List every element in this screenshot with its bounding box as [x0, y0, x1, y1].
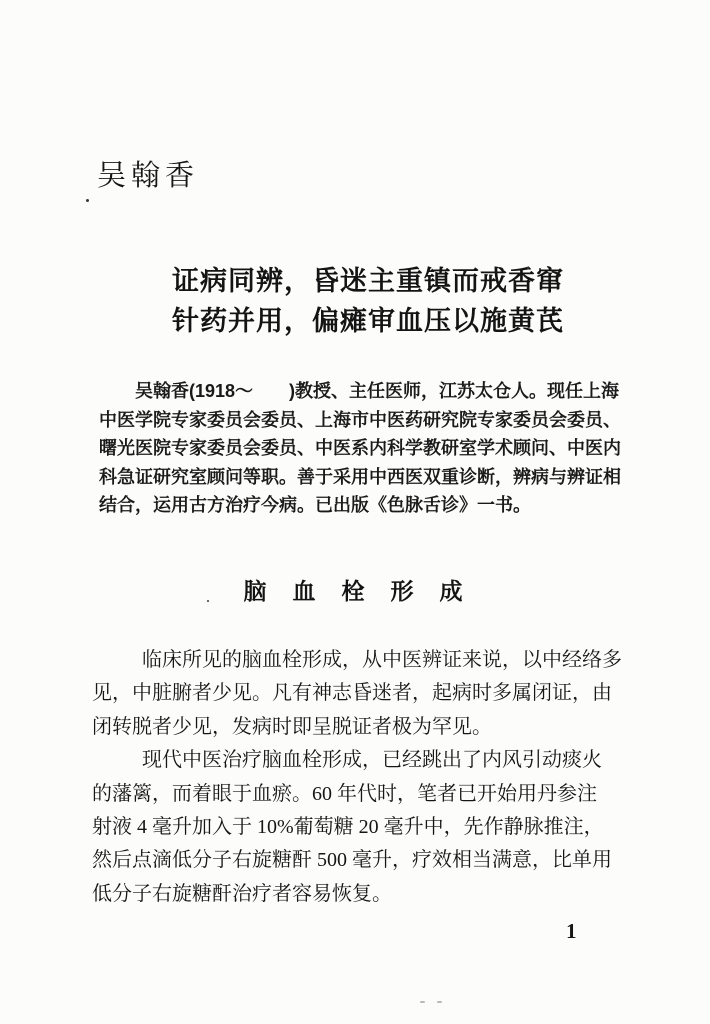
body-line: 射液 4 毫升加入于 10%葡萄糖 20 毫升中，先作静脉推注， [92, 811, 618, 844]
scan-speck [420, 1001, 425, 1003]
bio-line: 结合，运用古方治疗今病。已出版《色脉舌诊》一书。 [99, 491, 621, 520]
scan-speck [527, 267, 529, 269]
article-title-line-2: 针药并用，偏瘫审血压以施黄芪 [92, 301, 644, 341]
article-title: 证病同辨，昏迷主重镇而戒香窜 针药并用，偏瘫审血压以施黄芪 [92, 261, 644, 341]
scan-speck [86, 199, 89, 202]
scan-speck [437, 1001, 442, 1003]
author-bio: 吴翰香(1918～ )教授、主任医师，江苏太仓人。现任上海 中医学院专家委员会委… [99, 377, 621, 520]
section-heading: 脑血栓形成 [92, 573, 614, 606]
page-number: 1 [566, 919, 577, 944]
scan-speck [207, 600, 209, 602]
scan-speck [380, 310, 382, 312]
bio-line: 科急证研究室顾问等职。善于采用中西医双重诊断，辨病与辨证相 [99, 463, 621, 492]
scanned-book-page: 吴翰香 证病同辨，昏迷主重镇而戒香窜 针药并用，偏瘫审血压以施黄芪 吴翰香(19… [0, 0, 710, 1024]
author-name: 吴翰香 [97, 153, 199, 194]
body-line: 现代中医治疗脑血栓形成，已经跳出了内风引动痰火 [92, 744, 618, 777]
body-line: 临床所见的脑血栓形成，从中医辨证来说，以中经络多 [92, 644, 618, 677]
body-line: 的藩篱，而着眼于血瘀。60 年代时，笔者已开始用丹参注 [92, 778, 618, 811]
bio-line: 中医学院专家委员会委员、上海市中医药研究院专家委员会委员、 [99, 406, 621, 435]
body-text: 临床所见的脑血栓形成，从中医辨证来说，以中经络多 见，中脏腑者少见。凡有神志昏迷… [92, 644, 618, 911]
bio-line: 曙光医院专家委员会委员、中医系内科学教研室学术顾问、中医内 [99, 434, 621, 463]
body-line: 然后点滴低分子右旋糖酐 500 毫升，疗效相当满意，比单用 [92, 844, 618, 877]
bio-line: 吴翰香(1918～ )教授、主任医师，江苏太仓人。现任上海 [99, 377, 621, 406]
body-line: 低分子右旋糖酐治疗者容易恢复。 [92, 878, 618, 911]
article-title-line-1: 证病同辨，昏迷主重镇而戒香窜 [92, 261, 644, 301]
body-line: 见，中脏腑者少见。凡有神志昏迷者，起病时多属闭证，由 [92, 677, 618, 710]
body-line: 闭转脱者少见，发病时即呈脱证者极为罕见。 [92, 711, 618, 744]
